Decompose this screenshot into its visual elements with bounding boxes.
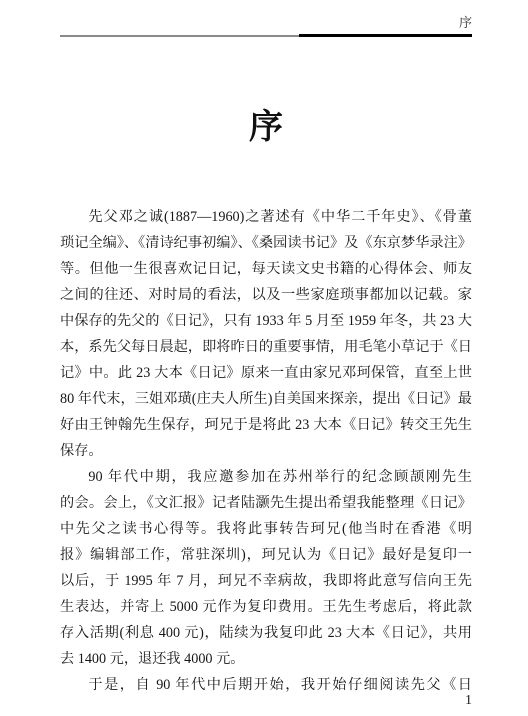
running-header-title: 序: [459, 15, 472, 30]
book-page: 序 序 先父邓之诚(1887—1960)之著述有《中华二千年史》、《骨董琐记全编…: [0, 0, 528, 716]
header-rule-thin-segment: [60, 35, 299, 37]
body-line: 80 年代末，三姐邓璜(庄夫人所生)自美国来探亲，提出《日记》最: [60, 386, 472, 412]
chapter-title: 序: [60, 106, 472, 150]
body-line: 存入活期(利息 400 元)，陆续为我复印此 23 大本《日记》，共用: [60, 620, 472, 646]
body-line: 以后，于 1995 年 7 月，珂兄不幸病故，我即将此意写信向王先: [60, 568, 472, 594]
body-line: 生表达，并寄上 5000 元作为复印费用。王先生考虑后，将此款: [60, 594, 472, 620]
body-line: 等。但他一生很喜欢记日记，每天读文史书籍的心得体会、师友: [60, 256, 472, 282]
body-line: 中先父之读书心得等。我将此事转告珂兄(他当时在香港《明: [60, 516, 472, 542]
running-header: 序: [60, 15, 472, 31]
body-line: 的会。会上，《文汇报》记者陆灏先生提出希望我能整理《日记》: [60, 490, 472, 516]
header-rule-thick-segment: [299, 34, 472, 38]
body-line: 报》编辑部工作，常驻深圳)，珂兄认为《日记》最好是复印一份。: [60, 542, 472, 568]
page-number: 1: [60, 692, 472, 710]
body-line: 保存。: [60, 438, 472, 464]
body-line: 之间的往还、对时局的看法，以及一些家庭琐事都加以记载。家: [60, 282, 472, 308]
body-line: 记》中。此 23 大本《日记》原来一直由家兄邓珂保管，直至上世纪: [60, 360, 472, 386]
body-line: 90 年代中期，我应邀参加在苏州举行的纪念顾颉刚先生: [60, 464, 472, 490]
body-text: 先父邓之诚(1887—1960)之著述有《中华二千年史》、《骨董琐记全编》、《清…: [60, 204, 472, 698]
header-rule: [60, 33, 472, 38]
body-line: 好由王钟翰先生保存，珂兄于是将此 23 大本《日记》转交王先生: [60, 412, 472, 438]
body-line: 先父邓之诚(1887—1960)之著述有《中华二千年史》、《骨董: [60, 204, 472, 230]
body-line: 去 1400 元，退还我 4000 元。: [60, 646, 472, 672]
body-line: 琐记全编》、《清诗纪事初编》、《桑园读书记》及《东京梦华录注》: [60, 230, 472, 256]
body-line: 中保存的先父的《日记》，只有 1933 年 5 月至 1959 年冬，共 23 …: [60, 308, 472, 334]
body-line: 本，系先父每日晨起，即将昨日的重要事情，用毛笔小草记于《日: [60, 334, 472, 360]
